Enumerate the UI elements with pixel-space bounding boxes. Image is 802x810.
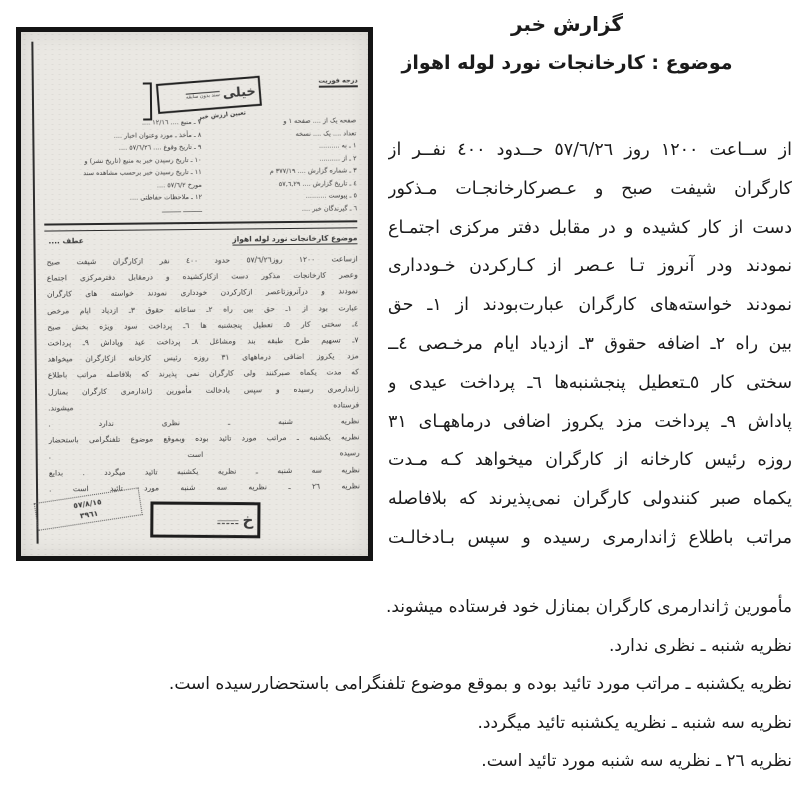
page-title: گزارش خبر — [340, 12, 794, 36]
scan-form-field: ١ ـ به .......... — [204, 139, 356, 153]
report-body-line: نمودند ودر آنروز تـا عـصر از کـارکردن خـ… — [388, 247, 792, 286]
scan-form-field: ٧ ـ منبع .... ١٢/١٦ .... — [41, 116, 201, 130]
scan-archive-stamp-mark: خ — [242, 511, 253, 529]
scan-body-text: ازساعت ١٢٠٠ روز٥٧/٦/٢٦ حدود ٤٠٠ نفر ازکا… — [47, 251, 361, 497]
scanned-document: درجه فوریت خیلی سند بدون سابقه تعیین ارز… — [16, 27, 373, 561]
scan-form-field: ١١ ـ تاریخ رسیدن خبر برحسب مشاهده سند — [42, 166, 202, 180]
scan-form-field: ١٢ ـ ملاحظات حفاظتی .... — [42, 191, 202, 205]
report-body-line: سختی کار ٥ـتعطیل پنجشنبه‌ها ٦ـ پرداخت عی… — [388, 364, 792, 403]
report-body-line: پاداش ٩ـ پرداخت مزد یکروز اضافی درماههـا… — [388, 403, 792, 442]
report-opinion-line: نظریه یکشنبه ـ مراتب مورد تائید بوده و ب… — [10, 665, 792, 704]
scan-form-right-column: صفحه یک از .... صفحه ١ وتعداد .... یک ..… — [204, 114, 357, 216]
report-body-line: کارگران شیفت صبح و عـصرکارخانجـات مـذکور — [388, 170, 792, 209]
report-opinion-line: نظریه ٢٦ ـ نظریه سه شنبه مورد تائید است. — [10, 742, 792, 781]
scan-stamp-subtext: سند بدون سابقه — [186, 90, 220, 100]
report-opinions: مأمورین ژاندارمری کارگران بمنازل خود فرس… — [10, 588, 792, 781]
scan-stamp-word: خیلی — [222, 84, 256, 102]
scan-subject-row: موضوع کارخانجات نورد لوله اهواز عطف .... — [48, 233, 357, 247]
scan-form-field: ٣ ـ شماره گزارش .... ٣٧٧/١٩ م — [205, 164, 357, 178]
scan-archive-stamp: خ ــــــــــــ — [150, 502, 260, 539]
scan-form-left-column: ٧ ـ منبع .... ١٢/١٦ ....٨ ـ مأخذ ـ مورد … — [41, 116, 202, 218]
scan-urgency-label: درجه فوریت — [318, 76, 357, 87]
report-body-line: دست از کار کشیده و در مقابل دفتر مرکزی ا… — [388, 209, 792, 248]
report-body-line: یکماه صبر کنندولی کارگران نمی‌پذیرند که … — [388, 480, 792, 519]
scan-form-field: ٥ ـ پیوست .......... — [205, 189, 357, 203]
scan-reference-note: عطف .... — [48, 236, 83, 247]
report-opinion-line: مأمورین ژاندارمری کارگران بمنازل خود فرس… — [10, 588, 792, 627]
scan-classification-stamp: خیلی سند بدون سابقه — [156, 76, 262, 114]
scan-form-field: ٦ ـ گیرندگان خبر .... — [205, 202, 357, 216]
report-body-line: از ســاعت ١٢٠٠ روز ٥٧/٦/٢٦ حــدود ٤٠٠ نف… — [388, 131, 792, 170]
report-body-line: مراتب باطلاع ژاندارمری رسیده و سپس بـادخ… — [388, 519, 792, 558]
report-opinion-line: نظریه شنبه ـ نظری ندارد. — [10, 627, 792, 666]
report-page: گزارش خبر موضوع : کارخانجات نورد لوله اه… — [0, 0, 802, 810]
report-body-line: بین راه ٢ـ اضافه حقوق ٣ـ ازدیاد ایام مرخ… — [388, 325, 792, 364]
scan-bracket-mark — [143, 82, 152, 120]
report-opinion-line: نظریه سه شنبه ـ نظریه یکشنبه تائید میگرد… — [10, 704, 792, 743]
page-subject: موضوع : کارخانجات نورد لوله اهواز — [340, 52, 794, 74]
report-body-column: از ســاعت ١٢٠٠ روز ٥٧/٦/٢٦ حــدود ٤٠٠ نف… — [388, 131, 792, 558]
scan-archive-stamp-line: ــــــــــــ — [217, 516, 238, 524]
scan-divider-rule — [44, 220, 357, 231]
scan-form-field: صفحه یک از .... صفحه ١ و — [204, 114, 356, 128]
scan-form-field: ــــــــــ ــــــــــ — [42, 203, 202, 217]
scan-margin-line — [31, 42, 38, 544]
scanned-document-content: درجه فوریت خیلی سند بدون سابقه تعیین ارز… — [18, 30, 370, 558]
scan-subject: موضوع کارخانجات نورد لوله اهواز — [232, 233, 357, 245]
report-body-line: نمودند خواسته‌های کارگران عبارت‌بودند از… — [388, 286, 792, 325]
scan-form-field: ٩ ـ تاریخ وقوع .... ٥٧/٦/٢٦ .... — [41, 141, 201, 155]
report-body-line: روزه رئیس کارخانه از کارگران میخواهد کـه… — [388, 441, 792, 480]
